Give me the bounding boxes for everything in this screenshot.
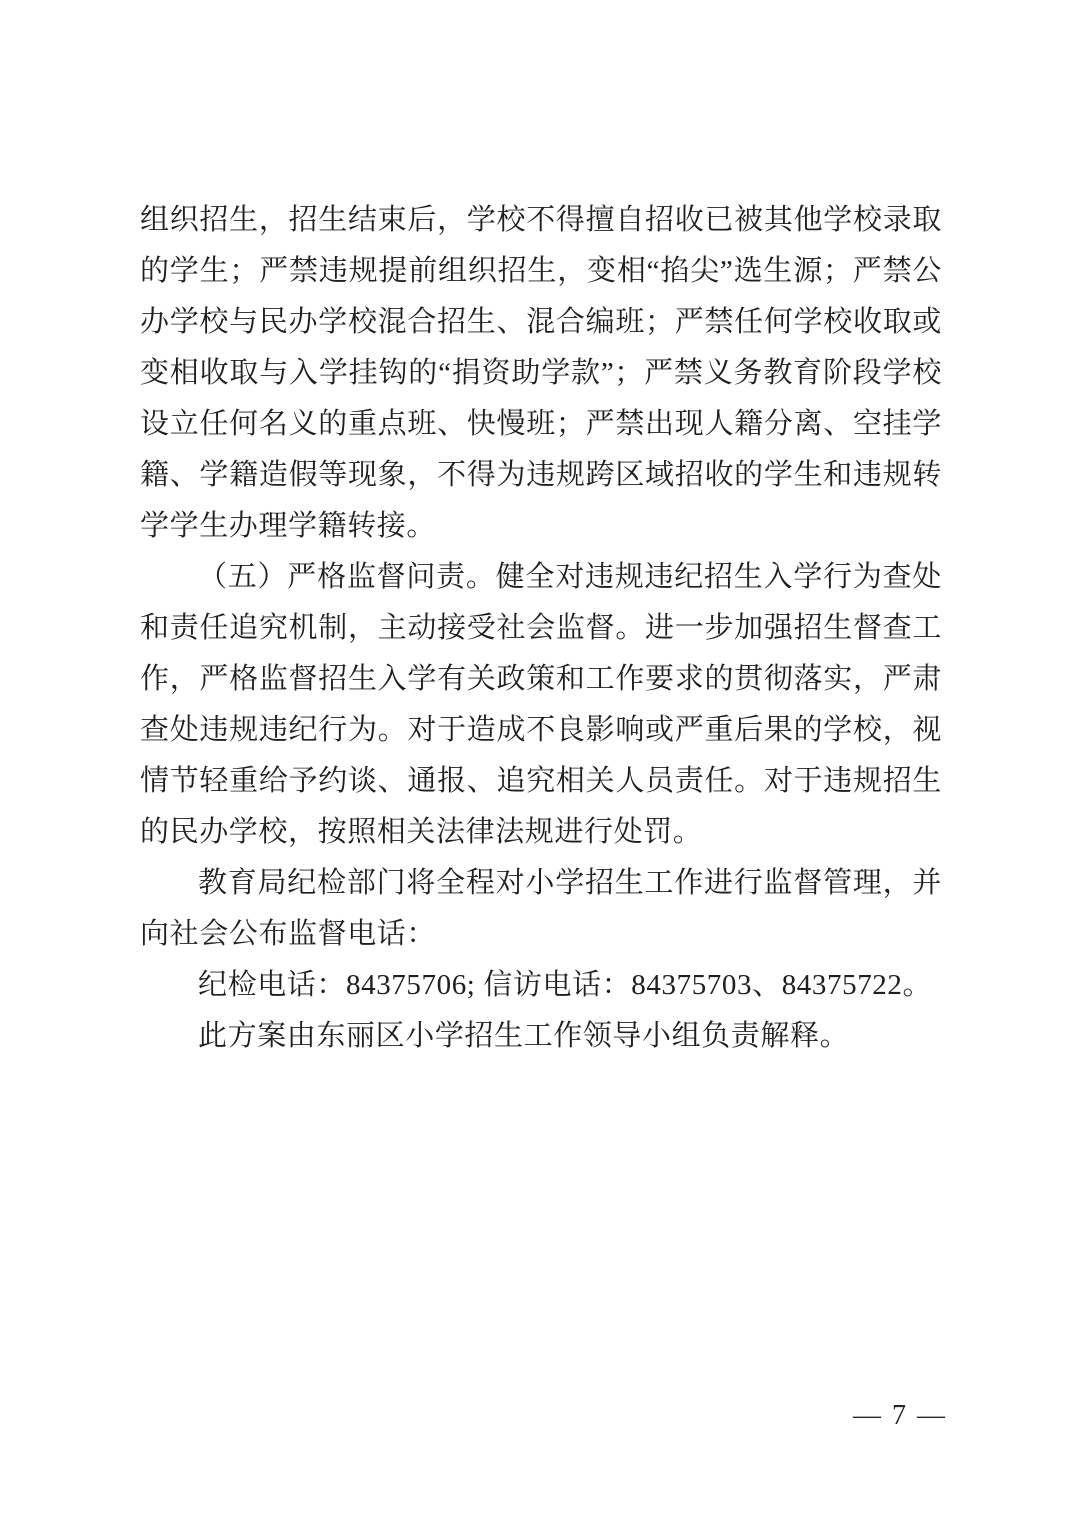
document-body: 组织招生，招生结束后，学校不得擅自招收已被其他学校录取的学生；严禁违规提前组织招… — [140, 195, 942, 1062]
body-paragraph-continuation: 组织招生，招生结束后，学校不得擅自招收已被其他学校录取的学生；严禁违规提前组织招… — [140, 195, 942, 552]
body-paragraph-section-5: （五）严格监督问责。健全对违规违纪招生入学行为查处和责任追究机制，主动接受社会监… — [140, 552, 942, 858]
page-number: — 7 — — [0, 1400, 947, 1432]
body-paragraph-phone-numbers: 纪检电话：84375706; 信访电话：84375703、84375722。 — [140, 960, 942, 1011]
body-paragraph-interpretation: 此方案由东丽区小学招生工作领导小组负责解释。 — [140, 1011, 942, 1062]
body-paragraph-supervision-notice: 教育局纪检部门将全程对小学招生工作进行监督管理，并向社会公布监督电话： — [140, 858, 942, 960]
document-page: 组织招生，招生结束后，学校不得擅自招收已被其他学校录取的学生；严禁违规提前组织招… — [0, 0, 1080, 1527]
